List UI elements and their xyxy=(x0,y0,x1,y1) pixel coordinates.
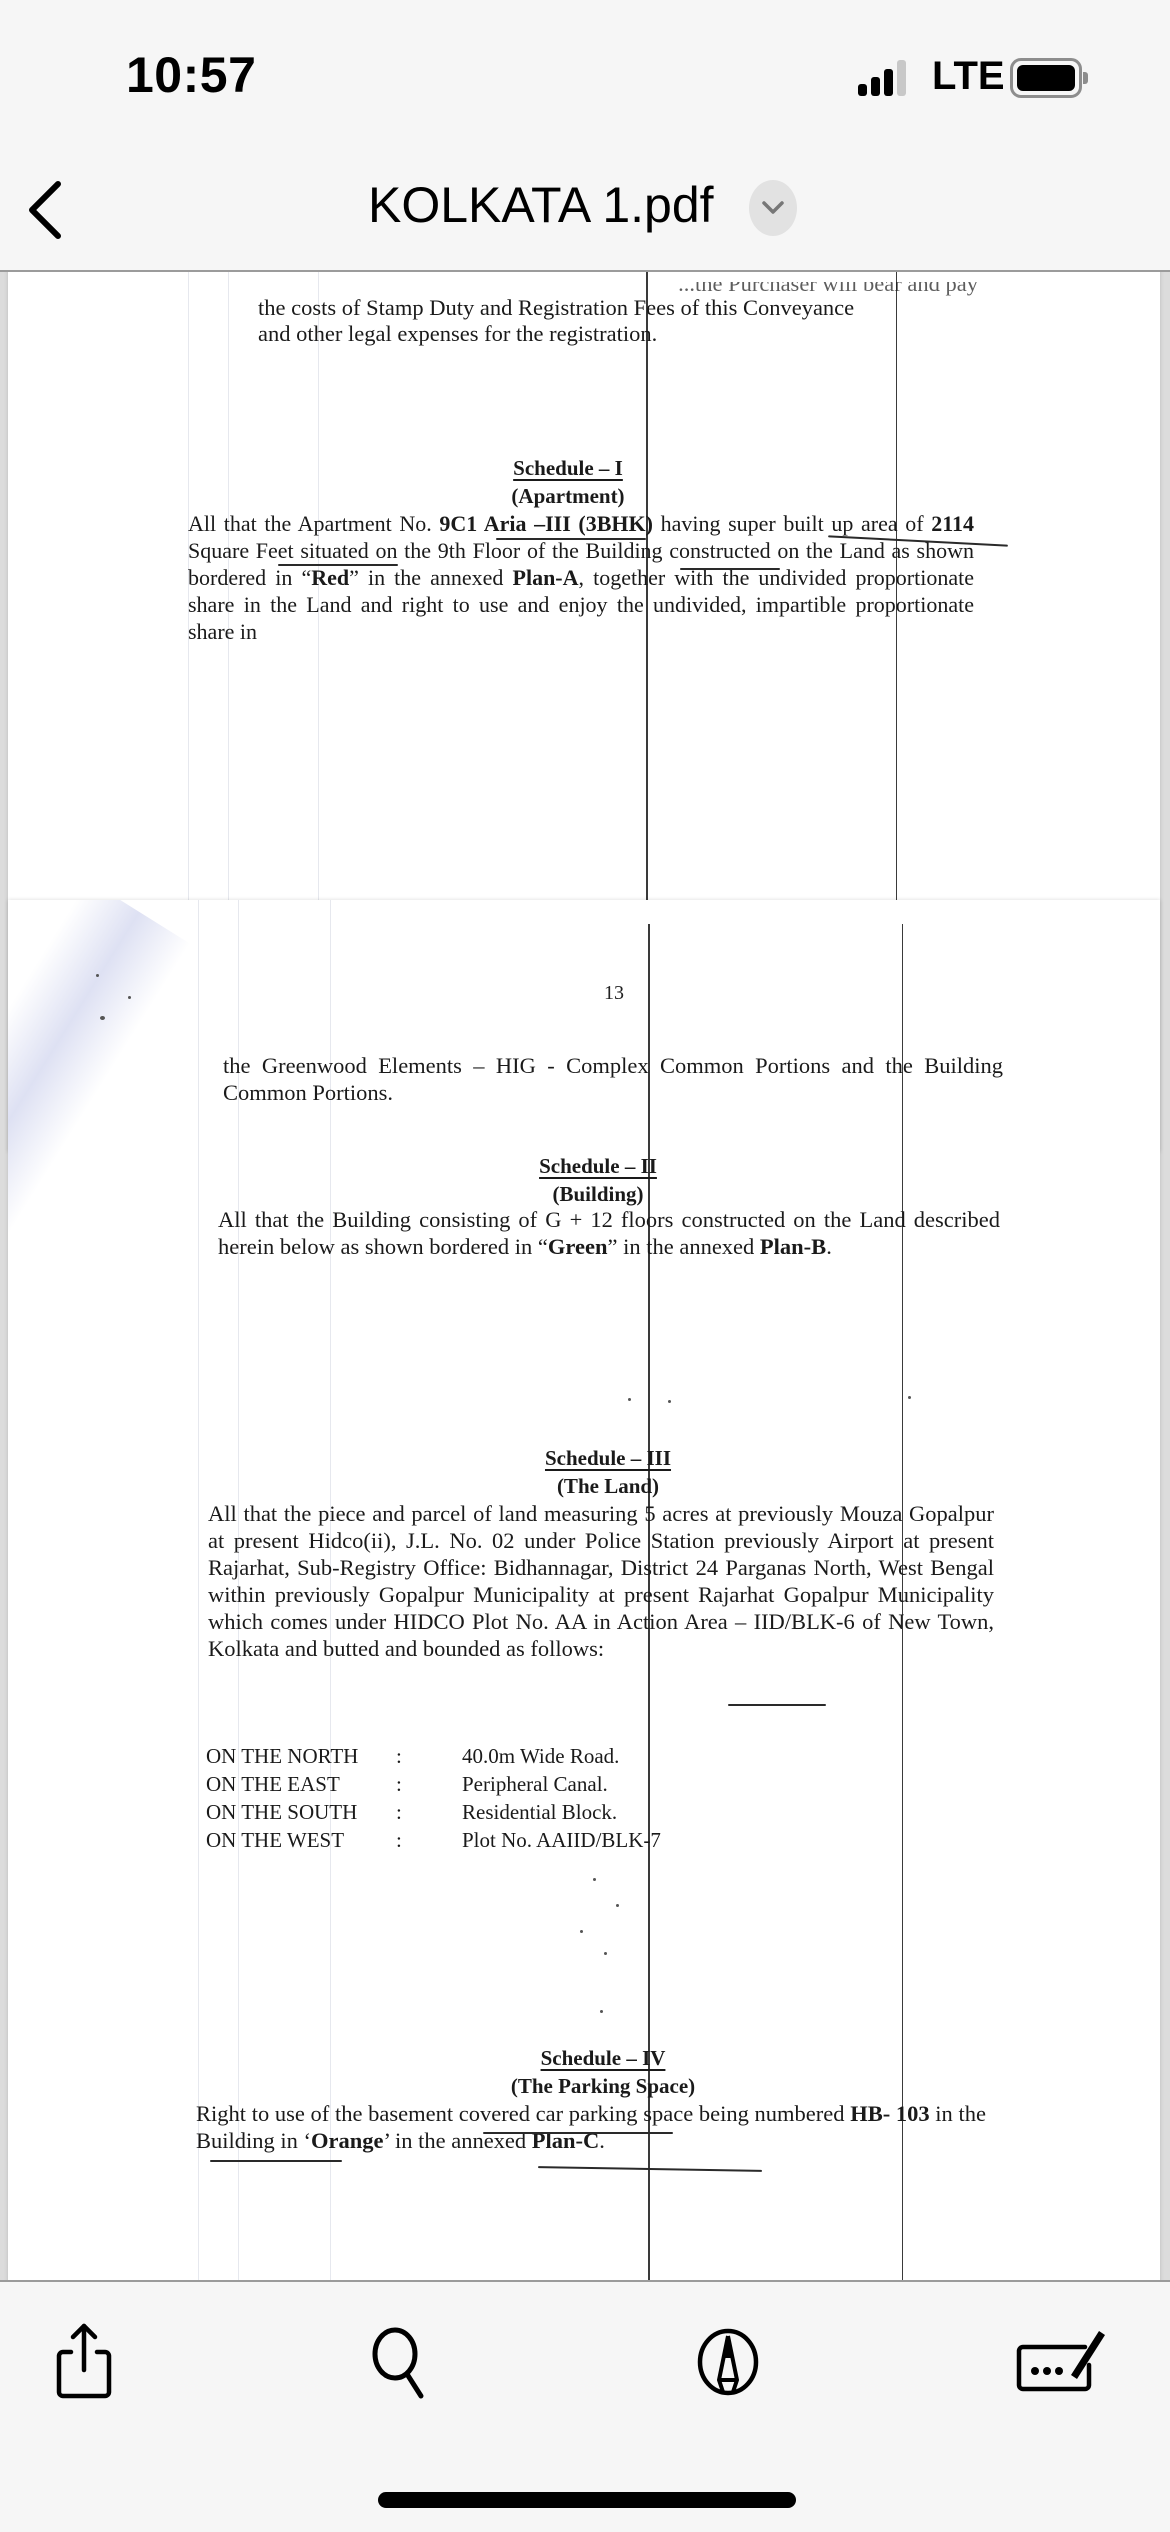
title-menu-button[interactable] xyxy=(749,180,797,236)
home-indicator[interactable] xyxy=(378,2492,796,2508)
cellular-signal-icon xyxy=(858,60,914,96)
network-type: LTE xyxy=(932,54,1005,99)
chevron-down-icon xyxy=(761,200,785,216)
schedule-4-title: Schedule – IV xyxy=(443,2046,763,2071)
schedule-3-text: All that the piece and parcel of land me… xyxy=(208,1500,994,1662)
status-bar: 10:57 LTE xyxy=(0,0,1170,150)
document-title[interactable]: KOLKATA 1.pdf xyxy=(368,176,714,234)
continuation-text: the Greenwood Elements – HIG - Complex C… xyxy=(223,1052,1003,1106)
document-scroll-area[interactable]: ...the Purchaser will bear and pay the c… xyxy=(0,272,1170,2280)
paragraph-line: and other legal expenses for the registr… xyxy=(258,320,978,347)
signature-icon xyxy=(1015,2327,1119,2397)
share-button[interactable] xyxy=(44,2322,124,2402)
markup-icon xyxy=(693,2322,763,2402)
schedule-1-title: Schedule – I xyxy=(408,456,728,481)
schedule-4-text: Right to use of the basement covered car… xyxy=(196,2100,986,2154)
markup-button[interactable] xyxy=(688,2322,768,2402)
schedule-4-subtitle: (The Parking Space) xyxy=(443,2074,763,2099)
status-time: 10:57 xyxy=(126,46,256,104)
back-button[interactable] xyxy=(18,170,78,250)
bottom-toolbar xyxy=(0,2280,1170,2532)
signature-button[interactable] xyxy=(1012,2322,1122,2402)
search-icon xyxy=(367,2324,437,2400)
schedule-3-title: Schedule – III xyxy=(448,1446,768,1471)
schedule-1-subtitle: (Apartment) xyxy=(408,484,728,509)
pdf-page-13: 13 the Greenwood Elements – HIG - Comple… xyxy=(8,900,1160,2280)
schedule-3-subtitle: (The Land) xyxy=(448,1474,768,1499)
schedule-1-text: All that the Apartment No. 9C1 Aria –III… xyxy=(188,510,974,645)
page-number: 13 xyxy=(604,982,624,1005)
search-button[interactable] xyxy=(362,2322,442,2402)
battery-icon xyxy=(1010,58,1082,98)
schedule-2-text: All that the Building consisting of G + … xyxy=(218,1206,1000,1260)
schedule-2-title: Schedule – II xyxy=(438,1154,758,1179)
schedule-2-subtitle: (Building) xyxy=(438,1182,758,1207)
share-icon xyxy=(49,2322,119,2402)
paragraph-line: the costs of Stamp Duty and Registration… xyxy=(258,294,978,321)
chevron-left-icon xyxy=(18,170,78,250)
pdf-viewer-screen: 10:57 LTE KOLKATA 1.pdf ...the Purchaser… xyxy=(0,0,1170,2532)
navigation-bar: KOLKATA 1.pdf xyxy=(0,150,1170,272)
